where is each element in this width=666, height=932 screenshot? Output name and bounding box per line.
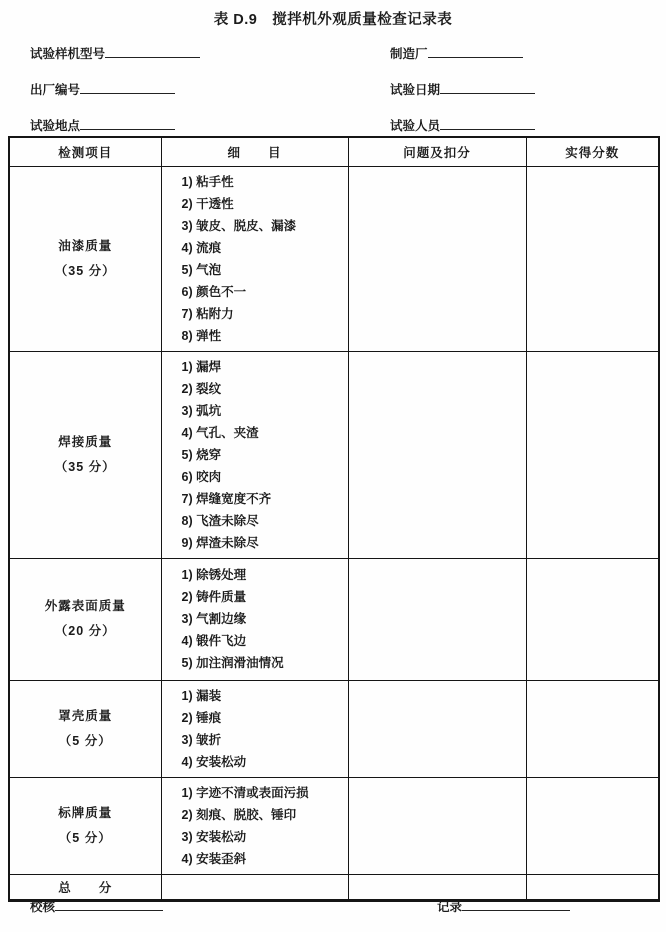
- score-cell: [526, 777, 659, 874]
- blank-line: [55, 898, 163, 911]
- table-row-welding: 焊接质量 （35 分） 1) 漏焊 2) 裂纹 3) 弧坑 4) 气孔、夹渣 5…: [9, 351, 659, 558]
- list-item: 4) 气孔、夹渣: [182, 422, 344, 444]
- blank-line: [428, 45, 523, 58]
- list-item: 2) 锤痕: [182, 707, 344, 729]
- header-cell-score: 实得分数: [526, 137, 659, 166]
- project-score: （35 分）: [10, 455, 161, 480]
- field-test-date: 试验日期: [390, 80, 535, 98]
- score-cell: [526, 351, 659, 558]
- items-cell: 1) 漏焊 2) 裂纹 3) 弧坑 4) 气孔、夹渣 5) 烧穿 6) 咬肉 7…: [161, 351, 348, 558]
- list-item: 3) 弧坑: [182, 400, 344, 422]
- list-item: 3) 皱折: [182, 729, 344, 751]
- project-cell: 标牌质量 （5 分）: [9, 777, 161, 874]
- blank-line: [440, 81, 535, 94]
- list-item: 7) 粘附力: [182, 303, 344, 325]
- list-item: 6) 咬肉: [182, 466, 344, 488]
- list-item: 2) 裂纹: [182, 378, 344, 400]
- table-header-row: 检测项目 细 目 问题及扣分 实得分数: [9, 137, 659, 166]
- list-item: 9) 焊渣未除尽: [182, 532, 344, 554]
- list-item: 3) 安装松动: [182, 826, 344, 848]
- score-cell: [526, 166, 659, 351]
- field-model-label: 试验样机型号: [30, 47, 105, 61]
- list-item: 1) 漏焊: [182, 356, 344, 378]
- inspection-record-table: 检测项目 细 目 问题及扣分 实得分数 油漆质量 （35 分） 1) 粘手性 2…: [8, 136, 660, 902]
- field-test-personnel: 试验人员: [390, 116, 535, 134]
- list-item: 5) 气泡: [182, 259, 344, 281]
- list-item: 1) 除锈处理: [182, 564, 344, 586]
- total-detail-cell: [161, 874, 348, 900]
- problems-cell: [348, 558, 526, 680]
- field-test-place: 试验地点: [30, 116, 175, 134]
- project-name: 外露表面质量: [10, 594, 161, 619]
- field-test-place-label: 试验地点: [30, 119, 80, 133]
- list-item: 7) 焊缝宽度不齐: [182, 488, 344, 510]
- list-item: 8) 弹性: [182, 325, 344, 347]
- list-item: 4) 安装松动: [182, 751, 344, 773]
- list-item: 1) 漏装: [182, 685, 344, 707]
- problems-cell: [348, 166, 526, 351]
- project-name: 油漆质量: [10, 234, 161, 259]
- table-row-paint: 油漆质量 （35 分） 1) 粘手性 2) 干透性 3) 皱皮、脱皮、漏漆 4)…: [9, 166, 659, 351]
- header-cell-project: 检测项目: [9, 137, 161, 166]
- list-item: 5) 烧穿: [182, 444, 344, 466]
- problems-cell: [348, 351, 526, 558]
- header-cell-detail: 细 目: [161, 137, 348, 166]
- project-score: （35 分）: [10, 259, 161, 284]
- project-score: （5 分）: [10, 729, 161, 754]
- list-item: 6) 颜色不一: [182, 281, 344, 303]
- field-record-label: 记录: [437, 900, 462, 914]
- items-cell: 1) 除锈处理 2) 铸件质量 3) 气割边缘 4) 锻件飞边 5) 加注润滑油…: [161, 558, 348, 680]
- project-name: 标牌质量: [10, 801, 161, 826]
- table-row-cover: 罩壳质量 （5 分） 1) 漏装 2) 锤痕 3) 皱折 4) 安装松动: [9, 680, 659, 777]
- blank-line: [440, 117, 535, 130]
- items-cell: 1) 漏装 2) 锤痕 3) 皱折 4) 安装松动: [161, 680, 348, 777]
- header-cell-problems: 问题及扣分: [348, 137, 526, 166]
- field-manufacturer-label: 制造厂: [390, 47, 428, 61]
- list-item: 1) 粘手性: [182, 171, 344, 193]
- document-page: 表 D.9 搅拌机外观质量检查记录表 试验样机型号 制造厂 出厂编号 试验日期 …: [0, 0, 666, 932]
- list-item: 2) 干透性: [182, 193, 344, 215]
- list-item: 3) 皱皮、脱皮、漏漆: [182, 215, 344, 237]
- field-factory-no: 出厂编号: [30, 80, 175, 98]
- project-cell: 焊接质量 （35 分）: [9, 351, 161, 558]
- project-cell: 罩壳质量 （5 分）: [9, 680, 161, 777]
- list-item: 4) 锻件飞边: [182, 630, 344, 652]
- project-score: （20 分）: [10, 619, 161, 644]
- blank-line: [105, 45, 200, 58]
- field-test-personnel-label: 试验人员: [390, 119, 440, 133]
- field-model: 试验样机型号: [30, 44, 200, 62]
- page-title: 表 D.9 搅拌机外观质量检查记录表: [0, 8, 666, 29]
- score-cell: [526, 680, 659, 777]
- table-row-exposed-surface: 外露表面质量 （20 分） 1) 除锈处理 2) 铸件质量 3) 气割边缘 4)…: [9, 558, 659, 680]
- list-item: 5) 加注润滑油情况: [182, 652, 344, 674]
- list-item: 8) 飞渣未除尽: [182, 510, 344, 532]
- items-cell: 1) 字迹不清或表面污损 2) 刻痕、脱胶、锤印 3) 安装松动 4) 安装歪斜: [161, 777, 348, 874]
- field-check: 校核: [30, 897, 163, 915]
- score-cell: [526, 558, 659, 680]
- problems-cell: [348, 680, 526, 777]
- project-score: （5 分）: [10, 826, 161, 851]
- blank-line: [80, 81, 175, 94]
- field-check-label: 校核: [30, 900, 55, 914]
- blank-line: [462, 898, 570, 911]
- field-record: 记录: [437, 897, 570, 915]
- list-item: 4) 流痕: [182, 237, 344, 259]
- items-cell: 1) 粘手性 2) 干透性 3) 皱皮、脱皮、漏漆 4) 流痕 5) 气泡 6)…: [161, 166, 348, 351]
- blank-line: [80, 117, 175, 130]
- project-cell: 油漆质量 （35 分）: [9, 166, 161, 351]
- list-item: 3) 气割边缘: [182, 608, 344, 630]
- project-name: 罩壳质量: [10, 704, 161, 729]
- list-item: 2) 铸件质量: [182, 586, 344, 608]
- table-row-nameplate: 标牌质量 （5 分） 1) 字迹不清或表面污损 2) 刻痕、脱胶、锤印 3) 安…: [9, 777, 659, 874]
- project-name: 焊接质量: [10, 430, 161, 455]
- list-item: 4) 安装歪斜: [182, 848, 344, 870]
- field-manufacturer: 制造厂: [390, 44, 523, 62]
- project-cell: 外露表面质量 （20 分）: [9, 558, 161, 680]
- list-item: 1) 字迹不清或表面污损: [182, 782, 344, 804]
- list-item: 2) 刻痕、脱胶、锤印: [182, 804, 344, 826]
- field-test-date-label: 试验日期: [390, 83, 440, 97]
- problems-cell: [348, 777, 526, 874]
- field-factory-no-label: 出厂编号: [30, 83, 80, 97]
